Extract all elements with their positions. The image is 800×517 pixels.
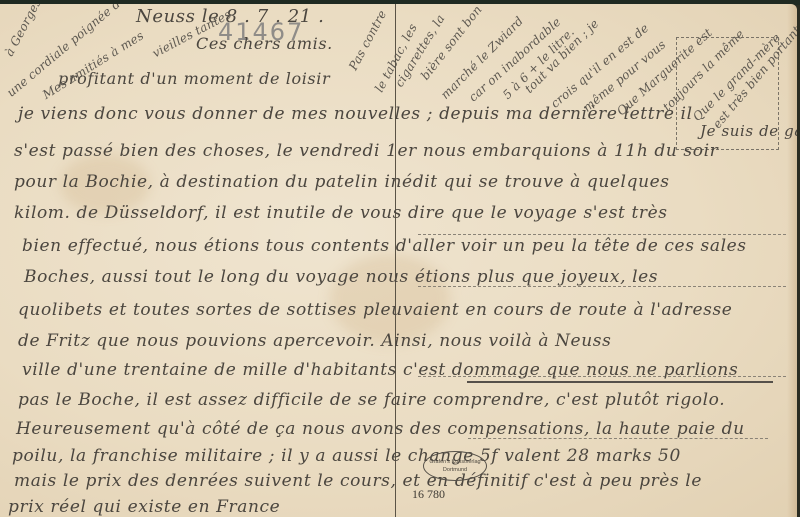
letter-line: prix réel qui existe en France bbox=[8, 497, 280, 517]
postcard-back: Neuss le 8 . 7 . 21 . 41467 profitant d'… bbox=[0, 4, 797, 517]
letter-line: de Fritz que nous pouvions apercevoir. A… bbox=[18, 331, 611, 351]
publisher-city: Dortmund bbox=[443, 466, 467, 474]
margin-note: à Georges bbox=[2, 4, 44, 59]
letter-line: mais le prix des denrées suivent le cour… bbox=[14, 471, 702, 491]
letter-line: pour la Bochie, à destination du patelin… bbox=[14, 172, 670, 192]
letter-line: s'est passé bien des choses, le vendredi… bbox=[14, 141, 718, 161]
margin-note: Mes amitiés à mes bbox=[40, 28, 146, 102]
publisher-stamp: Grafen's Kunstverlag Dortmund bbox=[423, 451, 487, 481]
address-line-solid bbox=[467, 381, 773, 383]
letter-line: quolibets et toutes sortes de sottises p… bbox=[18, 300, 732, 320]
letter-line: Boches, aussi tout le long du voyage nou… bbox=[24, 267, 658, 287]
margin-note: Je suis de garde bbox=[700, 122, 797, 140]
letter-line: ville d'une trentaine de mille d'habitan… bbox=[22, 360, 738, 380]
letter-line: Heureusement qu'à côté de ça nous avons … bbox=[16, 419, 745, 439]
letter-line: poilu, la franchise militaire ; il y a a… bbox=[12, 446, 681, 466]
publisher-number: 16 780 bbox=[412, 487, 445, 502]
margin-note: Ces chers amis. bbox=[196, 34, 333, 53]
margin-note: Pas contre bbox=[346, 8, 389, 73]
address-line bbox=[418, 234, 786, 235]
letter-line: profitant d'un moment de loisir bbox=[58, 69, 330, 88]
letter-line: bien effectué, nous étions tous contents… bbox=[22, 236, 747, 256]
paper-edge-shadow bbox=[787, 4, 797, 517]
publisher-name: Grafen's Kunstverlag bbox=[429, 458, 480, 466]
letter-line: kilom. de Düsseldorf, il est inutile de … bbox=[14, 203, 668, 223]
letter-line: pas le Boche, il est assez difficile de … bbox=[18, 390, 725, 410]
